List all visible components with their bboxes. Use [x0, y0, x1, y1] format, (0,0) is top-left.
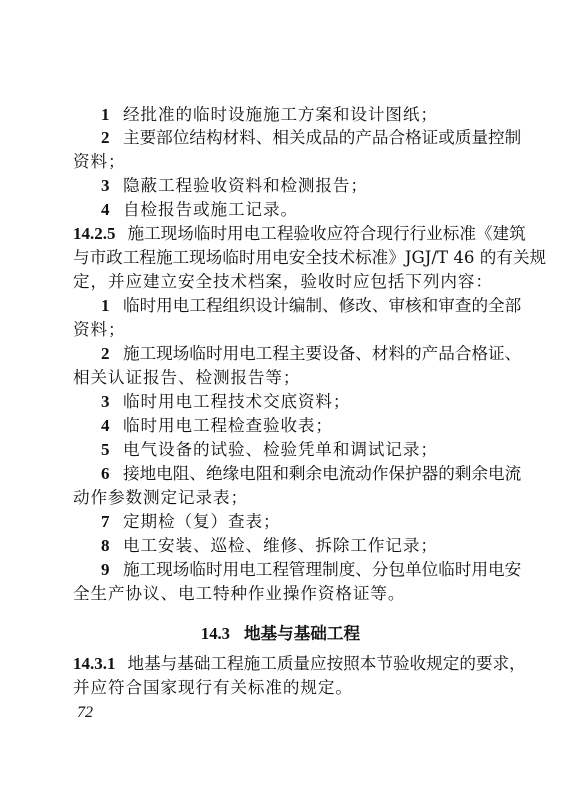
item-text: 电气设备的试验、检验凭单和调试记录； [123, 440, 438, 459]
item-continuation: 资料； [73, 150, 473, 174]
item-number: 1 [101, 103, 123, 127]
clause-number: 14.2.5 [73, 224, 116, 243]
clause-paragraph: 14.3.1地基与基础工程施工质量应按照本节验收规定的要求， [73, 652, 473, 676]
list-item: 3隐蔽工程验收资料和检测报告； [101, 174, 473, 198]
list-item: 4临时用电工程检查验收表； [101, 414, 473, 438]
item-text: 主要部位结构材料、相关成品的产品合格证或质量控制 [123, 128, 521, 147]
item-continuation: 动作参数测定记录表； [73, 486, 473, 510]
clause-continuation: 定，并应建立安全技术档案，验收时应包括下列内容： [73, 270, 473, 294]
clause-number: 14.3.1 [73, 654, 116, 673]
item-text: 电工安装、巡检、维修、拆除工作记录； [123, 536, 438, 555]
item-number: 4 [101, 414, 123, 438]
clause-paragraph: 14.2.5施工现场临时用电工程验收应符合现行行业标准《建筑 [73, 222, 473, 246]
item-number: 1 [101, 294, 123, 318]
list-item: 1临时用电工程组织设计编制、修改、审核和审查的全部 [101, 294, 473, 318]
item-text: 经批准的临时设施施工方案和设计图纸； [123, 105, 438, 124]
list-item: 8电工安装、巡检、维修、拆除工作记录； [101, 534, 473, 558]
item-number: 2 [101, 342, 123, 366]
list-item: 9施工现场临时用电工程管理制度、分包单位临时用电安 [101, 558, 473, 582]
list-item: 6接地电阻、绝缘电阻和剩余电流动作保护器的剩余电流 [101, 462, 473, 486]
item-number: 9 [101, 558, 123, 582]
list-item: 4自检报告或施工记录。 [101, 198, 473, 222]
clause-continuation: 与市政工程施工现场临时用电安全技术标准》JGJ/T 46 的有关规 [73, 246, 473, 270]
item-number: 3 [101, 174, 123, 198]
clause-text: 地基与基础工程施工质量应按照本节验收规定的要求， [128, 654, 526, 673]
item-number: 3 [101, 390, 123, 414]
list-item: 3临时用电工程技术交底资料； [101, 390, 473, 414]
list-item: 2主要部位结构材料、相关成品的产品合格证或质量控制 [101, 126, 473, 150]
item-number: 4 [101, 198, 123, 222]
list-item: 1经批准的临时设施施工方案和设计图纸； [101, 103, 473, 127]
list-item: 2施工现场临时用电工程主要设备、材料的产品合格证、 [101, 342, 473, 366]
item-continuation: 全生产协议、电工特种作业操作资格证等。 [73, 582, 473, 606]
item-text: 接地电阻、绝缘电阻和剩余电流动作保护器的剩余电流 [123, 464, 521, 483]
item-number: 7 [101, 510, 123, 534]
item-number: 8 [101, 534, 123, 558]
list-item: 7定期检（复）查表； [101, 510, 473, 534]
item-text: 施工现场临时用电工程主要设备、材料的产品合格证、 [123, 344, 521, 363]
clause-text: 施工现场临时用电工程验收应符合现行行业标准《建筑 [128, 224, 526, 243]
list-item: 5电气设备的试验、检验凭单和调试记录； [101, 438, 473, 462]
item-text: 临时用电工程组织设计编制、修改、审核和审查的全部 [123, 296, 521, 315]
item-number: 5 [101, 438, 123, 462]
clause-continuation: 并应符合国家现行有关标准的规定。 [73, 676, 473, 700]
document-page: 1经批准的临时设施施工方案和设计图纸； 2主要部位结构材料、相关成品的产品合格证… [0, 0, 561, 804]
page-number: 72 [77, 704, 93, 722]
item-text: 隐蔽工程验收资料和检测报告； [123, 176, 368, 195]
item-text: 临时用电工程技术交底资料； [123, 392, 350, 411]
section-title: 地基与基础工程 [244, 623, 360, 643]
item-continuation: 资料； [73, 318, 473, 342]
item-text: 定期检（复）查表； [123, 512, 280, 531]
item-continuation: 相关认证报告、检测报告等； [73, 366, 473, 390]
item-number: 6 [101, 462, 123, 486]
item-text: 自检报告或施工记录。 [123, 200, 298, 219]
item-text: 施工现场临时用电工程管理制度、分包单位临时用电安 [123, 560, 521, 579]
item-number: 2 [101, 126, 123, 150]
section-number: 14.3 [201, 624, 230, 643]
item-text: 临时用电工程检查验收表； [123, 416, 333, 435]
section-heading: 14.3地基与基础工程 [0, 621, 561, 645]
